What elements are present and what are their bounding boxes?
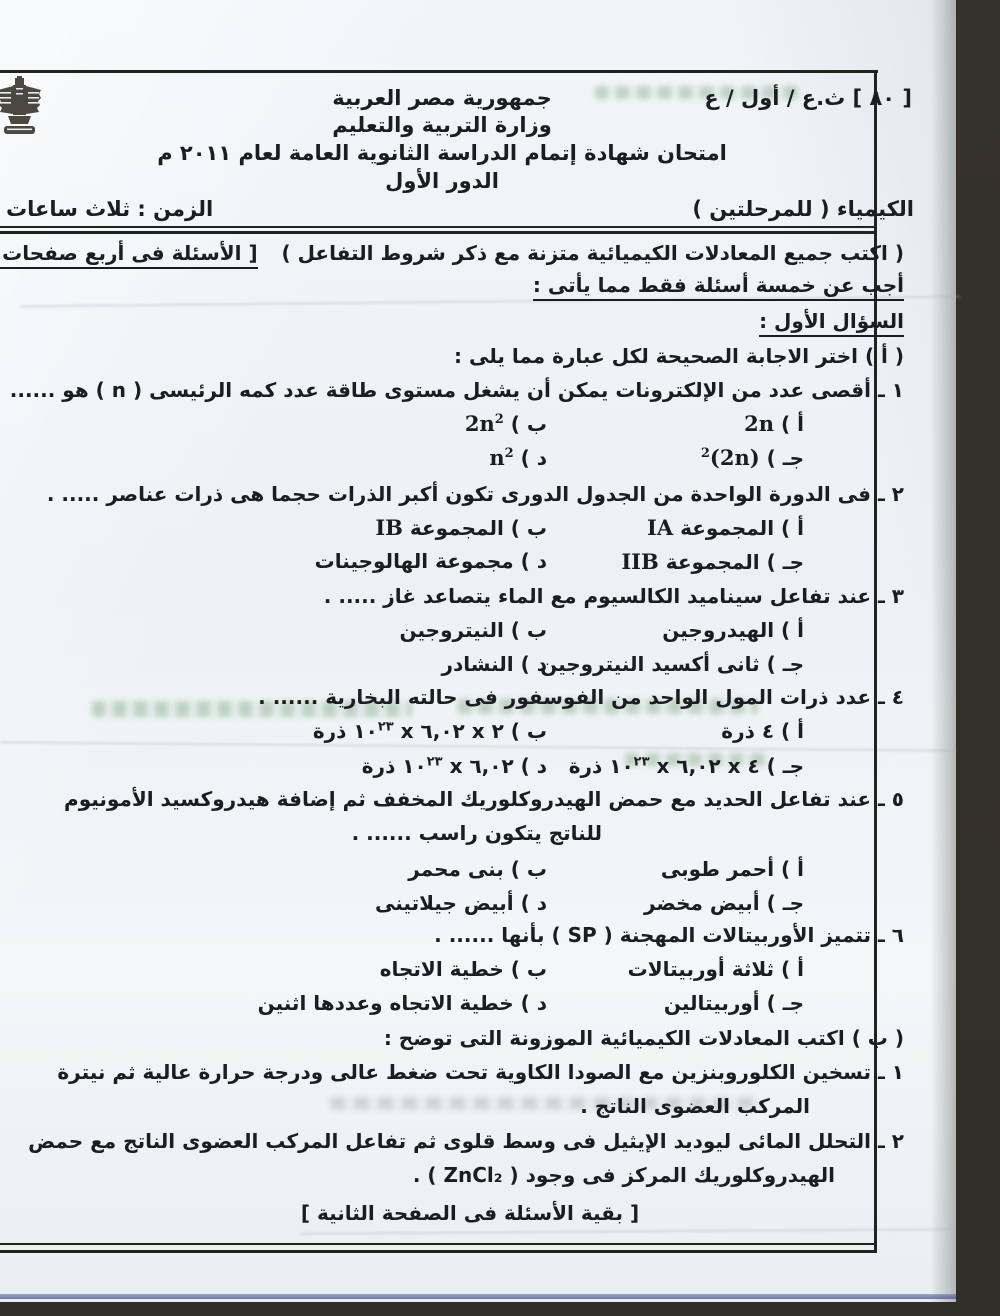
q4-option-a: أ ) ٤ ذرة xyxy=(721,719,804,744)
q5-option-a: أ ) أحمر طوبى xyxy=(661,857,804,882)
scan-edge-line xyxy=(0,1294,956,1299)
time-label: الزمن : ثلاث ساعات xyxy=(6,196,213,222)
question1-title: السؤال الأول : xyxy=(759,309,904,334)
scanned-exam-page: { "header": { "code": "[ ٨٠ ] ث.ع / أول … xyxy=(0,0,1000,1316)
q5-option-c: جـ ) أبيض مخضر xyxy=(644,891,804,916)
exam-round: الدور الأول xyxy=(0,168,884,194)
q6-statement: ٦ ـ تتميز الأوربيتالات المهجنة ( SP ) بأ… xyxy=(434,923,904,948)
q2-option-d: د ) مجموعة الهالوجينات xyxy=(315,549,547,574)
q1-option-c: جـ ) (2n)2 xyxy=(701,445,804,471)
q3-option-a: أ ) الهيدروجين xyxy=(662,618,804,643)
q2-option-b: ب ) المجموعة IB xyxy=(375,515,547,541)
q5-option-b: ب ) بنى محمر xyxy=(408,857,547,882)
part-b-item1-line1: ١ ـ تسخين الكلوروبنزين مع الصودا الكاوية… xyxy=(57,1060,904,1085)
answer-note: أجب عن خمسة أسئلة فقط مما يأتى : xyxy=(533,273,904,298)
exam-title: امتحان شهادة إتمام الدراسة الثانوية العا… xyxy=(0,140,884,166)
q2-statement: ٢ ـ فى الدورة الواحدة من الجدول الدورى ت… xyxy=(47,482,904,507)
q3-option-c: جـ ) ثانى أكسيد النيتروجين xyxy=(540,652,804,677)
q2-option-c: جـ ) المجموعة IIB xyxy=(621,549,804,575)
country-title: جمهورية مصر العربية xyxy=(0,85,884,111)
q3-option-b: ب ) النيتروجين xyxy=(400,618,547,643)
header-divider-thick xyxy=(0,231,876,234)
part-b-heading: ( ب ) اكتب المعادلات الكيميائية الموزونة… xyxy=(384,1026,904,1051)
q4-statement: ٤ ـ عدد ذرات المول الواحد من الفوسفور فى… xyxy=(258,685,904,710)
pages-note: [ الأسئلة فى أربع صفحات ] xyxy=(0,241,258,266)
q5-statement-line2: للناتج يتكون راسب ...... . xyxy=(352,821,602,846)
q6-option-d: د ) خطية الاتجاه وعددها اثنين xyxy=(258,991,547,1016)
frame-bottom-outer-border xyxy=(0,1250,877,1253)
frame-top-border xyxy=(0,70,878,73)
equations-note: ( اكتب جميع المعادلات الكيميائية متزنة م… xyxy=(281,241,904,266)
q3-statement: ٣ ـ عند تفاعل سيناميد الكالسيوم مع الماء… xyxy=(324,584,904,609)
ministry-title: وزارة التربية والتعليم xyxy=(0,112,884,138)
q2-option-a: أ ) المجموعة IA xyxy=(647,515,804,541)
q6-option-b: ب ) خطية الاتجاه xyxy=(380,957,547,982)
q3-option-d: د ) النشادر xyxy=(441,652,547,677)
footer-note: [ بقية الأسئلة فى الصفحة الثانية ] xyxy=(30,1201,910,1226)
q6-option-a: أ ) ثلاثة أوربيتالات xyxy=(628,957,804,982)
q4-option-b: ب ) ٢ x ٦,٠٢ x ١٠٢٣ ذرة xyxy=(313,719,547,744)
part-b-item2-line2: الهيدروكلوريك المركز فى وجود ( ZnCl₂ ) . xyxy=(413,1163,835,1188)
q1-option-d: د ) n2 xyxy=(489,445,547,471)
q6-option-c: جـ ) أوربيتالين xyxy=(664,991,804,1016)
header-divider-thin xyxy=(0,226,876,228)
q5-option-d: د ) أبيض جيلاتينى xyxy=(375,891,547,916)
q5-statement-line1: ٥ ـ عند تفاعل الحديد مع حمض الهيدروكلوري… xyxy=(64,787,904,812)
q1-option-a: أ ) 2n xyxy=(744,411,804,437)
subject-label: الكيمياء ( للمرحلتين ) xyxy=(692,196,914,222)
part-b-item2-line1: ٢ ـ التحلل المائى ليوديد الإيثيل فى وسط … xyxy=(28,1129,904,1154)
q1-statement: ١ ـ أقصى عدد من الإلكترونات يمكن أن يشغل… xyxy=(10,378,904,403)
part-a-heading: ( أ ) اختر الاجابة الصحيحة لكل عبارة مما… xyxy=(454,344,904,369)
paper-edge-shadow xyxy=(930,0,956,1302)
frame-bottom-inner-border xyxy=(0,1243,876,1245)
q4-option-c: جـ ) ٤ x ٦,٠٢ x ١٠٢٣ ذرة xyxy=(569,754,804,779)
q1-option-b: ب ) 2n2 xyxy=(465,411,547,437)
q4-option-d: د ) ٦,٠٢ x ١٠٢٣ ذرة xyxy=(362,754,547,779)
part-b-item1-line2: المركب العضوى الناتج . xyxy=(580,1094,810,1119)
